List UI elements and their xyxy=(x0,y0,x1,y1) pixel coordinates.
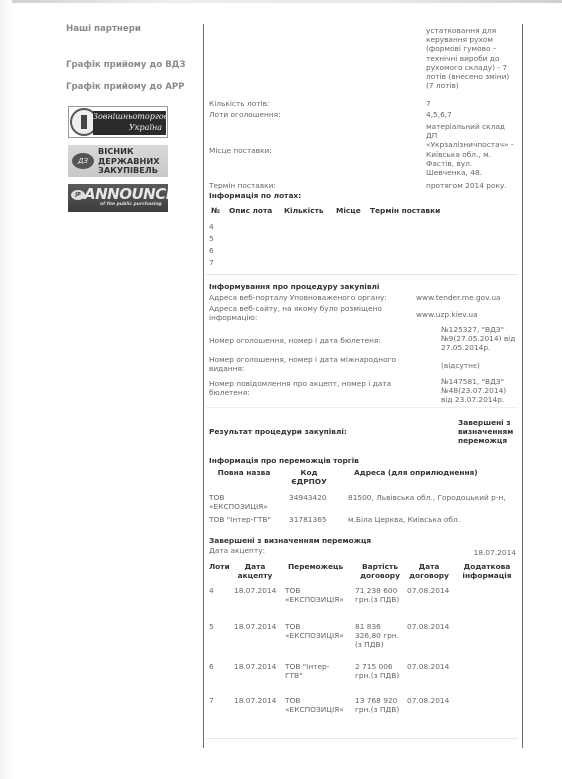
page-top-edge xyxy=(0,0,562,3)
page-left-shade xyxy=(0,0,12,779)
divider xyxy=(206,274,518,275)
result-value: Завершені з визначенням переможця xyxy=(458,418,520,446)
partner-logo-visnyk-dz[interactable]: ДЗ ВІСНИК ДЕРЖАВНИХ ЗАКУПІВЕЛЬ xyxy=(68,145,168,177)
sidebar-link-vdz-schedule[interactable]: Графік прийому до ВДЗ xyxy=(66,60,186,70)
completed-row-accept-date: 18.07.2014 xyxy=(234,696,276,705)
col-number: № xyxy=(211,206,220,215)
completed-row-winner: ТОВ «ЕКСПОЗИЦІЯ» xyxy=(285,696,357,714)
lots-table-header: № Опис лота Кількість Місце Термін поста… xyxy=(206,206,518,216)
completed-row-accept-date: 18.07.2014 xyxy=(234,662,276,671)
completed-col-accept-date: Дата акцепту xyxy=(234,562,276,580)
intl-value: (відсутнє) xyxy=(441,361,519,370)
completed-row-winner: ТОВ «ЕКСПОЗИЦІЯ» xyxy=(285,622,357,640)
accept-date-value: 18.07.2014 xyxy=(446,548,516,557)
col-quantity: Кількість xyxy=(284,206,324,215)
delivery-term-label: Термін поставки: xyxy=(209,181,276,190)
logo-line: ЗАКУПІВЕЛЬ xyxy=(98,166,160,176)
lots-table-title: Інформація по лотах: xyxy=(209,191,301,200)
completed-title: Завершені з визначенням переможця xyxy=(209,536,371,545)
lots-announced-label: Лоти оголошення: xyxy=(209,110,281,119)
delivery-term-value: протягом 2014 року. xyxy=(426,181,516,190)
site-link[interactable]: www.uzp.kiev.ua xyxy=(416,310,516,319)
divider xyxy=(206,407,518,408)
completed-col-price: Вартість договору xyxy=(355,562,405,580)
portal-label: Адреса веб-порталу Уповноваженого органу… xyxy=(209,293,409,302)
completed-row-price: 2 715 006 грн.(з ПДВ) xyxy=(355,662,403,680)
partner-logo-zovnishnotorgovelnyi[interactable]: Зовнішньоторговельний Україна xyxy=(68,106,168,138)
completed-row-price: 81 836 326,80 грн.(з ПДВ) xyxy=(355,622,403,650)
procedure-title: Інформування про процедуру закупівлі xyxy=(209,282,379,291)
completed-col-lots: Лоти xyxy=(209,562,230,571)
completed-row-winner: ТОВ "Інтер-ГТВ" xyxy=(285,662,345,680)
dz-badge-icon: ДЗ xyxy=(72,153,94,169)
result-label: Результат процедури закупівлі: xyxy=(209,427,347,436)
winner-name: ТОВ "Інтер-ГТВ" xyxy=(209,515,289,524)
sidebar-link-arr-schedule[interactable]: Графік прийому до АРР xyxy=(66,82,184,92)
completed-row-lot: 5 xyxy=(209,622,214,631)
sidebar-link-partners[interactable]: Наші партнери xyxy=(66,24,141,34)
completed-row-contract-date: 07.08.2014 xyxy=(407,622,449,631)
lot-row: 5 xyxy=(209,234,214,243)
winner-address: м.Біла Церква, Київська обл. xyxy=(348,515,508,524)
completed-row-accept-date: 18.07.2014 xyxy=(234,622,276,631)
winners-col-code: Код ЄДРПОУ xyxy=(288,468,330,486)
completed-row-contract-date: 07.08.2014 xyxy=(407,586,449,595)
logo-subtitle: of the public purchasing xyxy=(100,202,162,207)
lots-count-label: Кількість лотів: xyxy=(209,99,269,108)
lot-row: 7 xyxy=(209,258,214,267)
completed-col-winner: Переможець xyxy=(288,562,343,571)
completed-row-price: 71 238 600 грн.(з ПДВ) xyxy=(355,586,403,604)
completed-row-lot: 6 xyxy=(209,662,214,671)
partner-logo-announcer[interactable]: JP ANNOUNCER of the public purchasing xyxy=(68,184,168,212)
accept-label: Номер повідомлення про акцепт, номер і д… xyxy=(209,379,414,397)
delivery-place-value: матеріальний склад ДП «Укрзалізничпостач… xyxy=(426,122,516,177)
winners-col-address: Адреса (для оприлюднення) xyxy=(354,468,514,477)
subject-description: устатковання для керування рухом (формов… xyxy=(426,26,516,90)
logo-band-text: Зовнішньоторговельний Україна xyxy=(93,111,166,135)
portal-link[interactable]: www.tender.me.gov.ua xyxy=(416,293,516,302)
intl-label: Номер оголошення, номер і дата міжнародн… xyxy=(209,355,414,373)
completed-row-lot: 7 xyxy=(209,696,214,705)
winners-col-name: Повна назва xyxy=(209,468,279,477)
winner-code: 34943420 xyxy=(289,493,327,502)
accept-date-label: Дата акцепту: xyxy=(209,546,265,555)
jp-badge-icon: JP xyxy=(71,190,85,200)
lot-row: 6 xyxy=(209,246,214,255)
completed-row-price: 13 768 920 грн.(з ПДВ) xyxy=(355,696,403,714)
winner-code: 31781365 xyxy=(289,515,327,524)
divider xyxy=(206,738,518,739)
col-term: Термін поставки xyxy=(370,206,440,215)
delivery-place-label: Місце поставки: xyxy=(209,146,272,155)
completed-row-contract-date: 07.08.2014 xyxy=(407,696,449,705)
winners-title: Інформація про переможців торгів xyxy=(209,456,359,465)
completed-col-extra: Додаткова інформація xyxy=(458,562,516,580)
col-place: Місце xyxy=(336,206,361,215)
lots-announced-value: 4,5,6,7 xyxy=(426,110,516,119)
winner-address: 81500, Львівська обл., Городоцький р-н, xyxy=(348,493,508,502)
lot-row: 4 xyxy=(209,222,214,231)
col-description: Опис лота xyxy=(229,206,272,215)
completed-row-contract-date: 07.08.2014 xyxy=(407,662,449,671)
logo-title: ANNOUNCER xyxy=(84,185,168,203)
lots-count-value: 7 xyxy=(426,99,516,108)
announcement-value: №125327, "ВДЗ" №9(27.05.2014) від 27.05.… xyxy=(441,325,519,353)
completed-row-winner: ТОВ «ЕКСПОЗИЦІЯ» xyxy=(285,586,357,604)
winner-name: ТОВ «ЕКСПОЗИЦІЯ» xyxy=(209,493,281,511)
completed-col-contract-date: Дата договору xyxy=(404,562,454,580)
accept-value: №147581, "ВДЗ" №48(23.07.2014) від 23.07… xyxy=(441,377,519,405)
site-label: Адреса веб-сайту, на якому було розміщен… xyxy=(209,304,399,322)
completed-row-lot: 4 xyxy=(209,586,214,595)
announcement-label: Номер оголошення, номер і дата бюлетеня: xyxy=(209,336,409,345)
completed-row-accept-date: 18.07.2014 xyxy=(234,586,276,595)
logo-text: ВІСНИК ДЕРЖАВНИХ ЗАКУПІВЕЛЬ xyxy=(98,147,160,176)
